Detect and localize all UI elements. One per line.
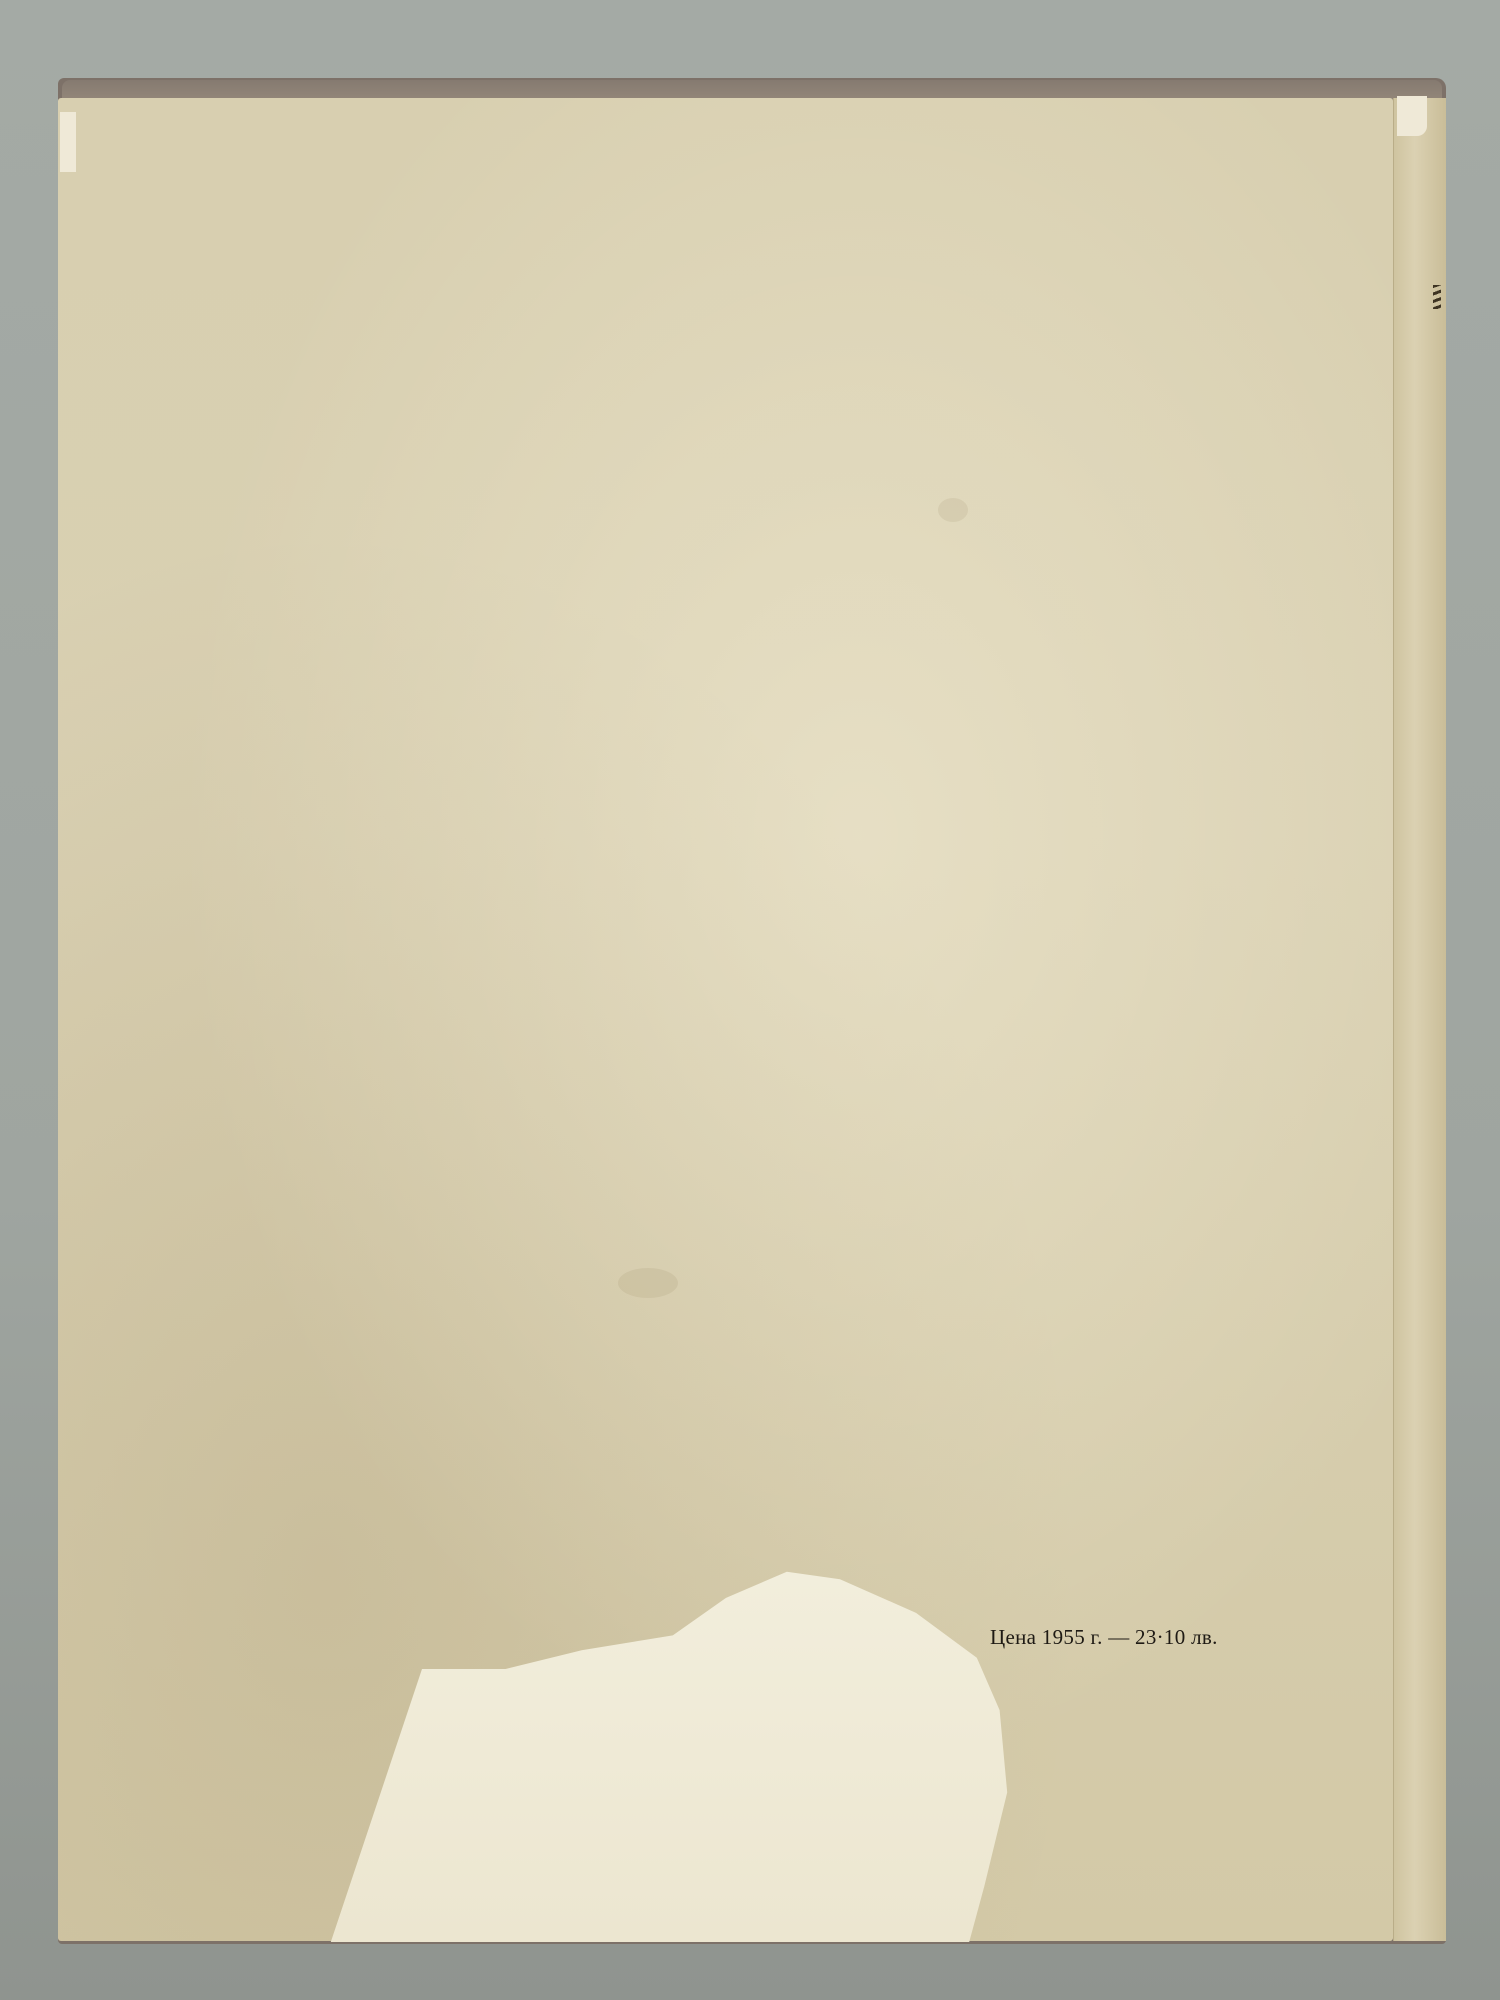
cover-stain — [938, 498, 968, 522]
price-label: Цена 1955 г. — 23·10 лв. — [990, 1625, 1218, 1650]
worn-corner-left — [60, 112, 76, 172]
book-spine — [1393, 98, 1446, 1941]
worn-corner-right — [1397, 96, 1427, 136]
spine-marks — [1433, 285, 1441, 309]
cover-stain — [618, 1268, 678, 1298]
